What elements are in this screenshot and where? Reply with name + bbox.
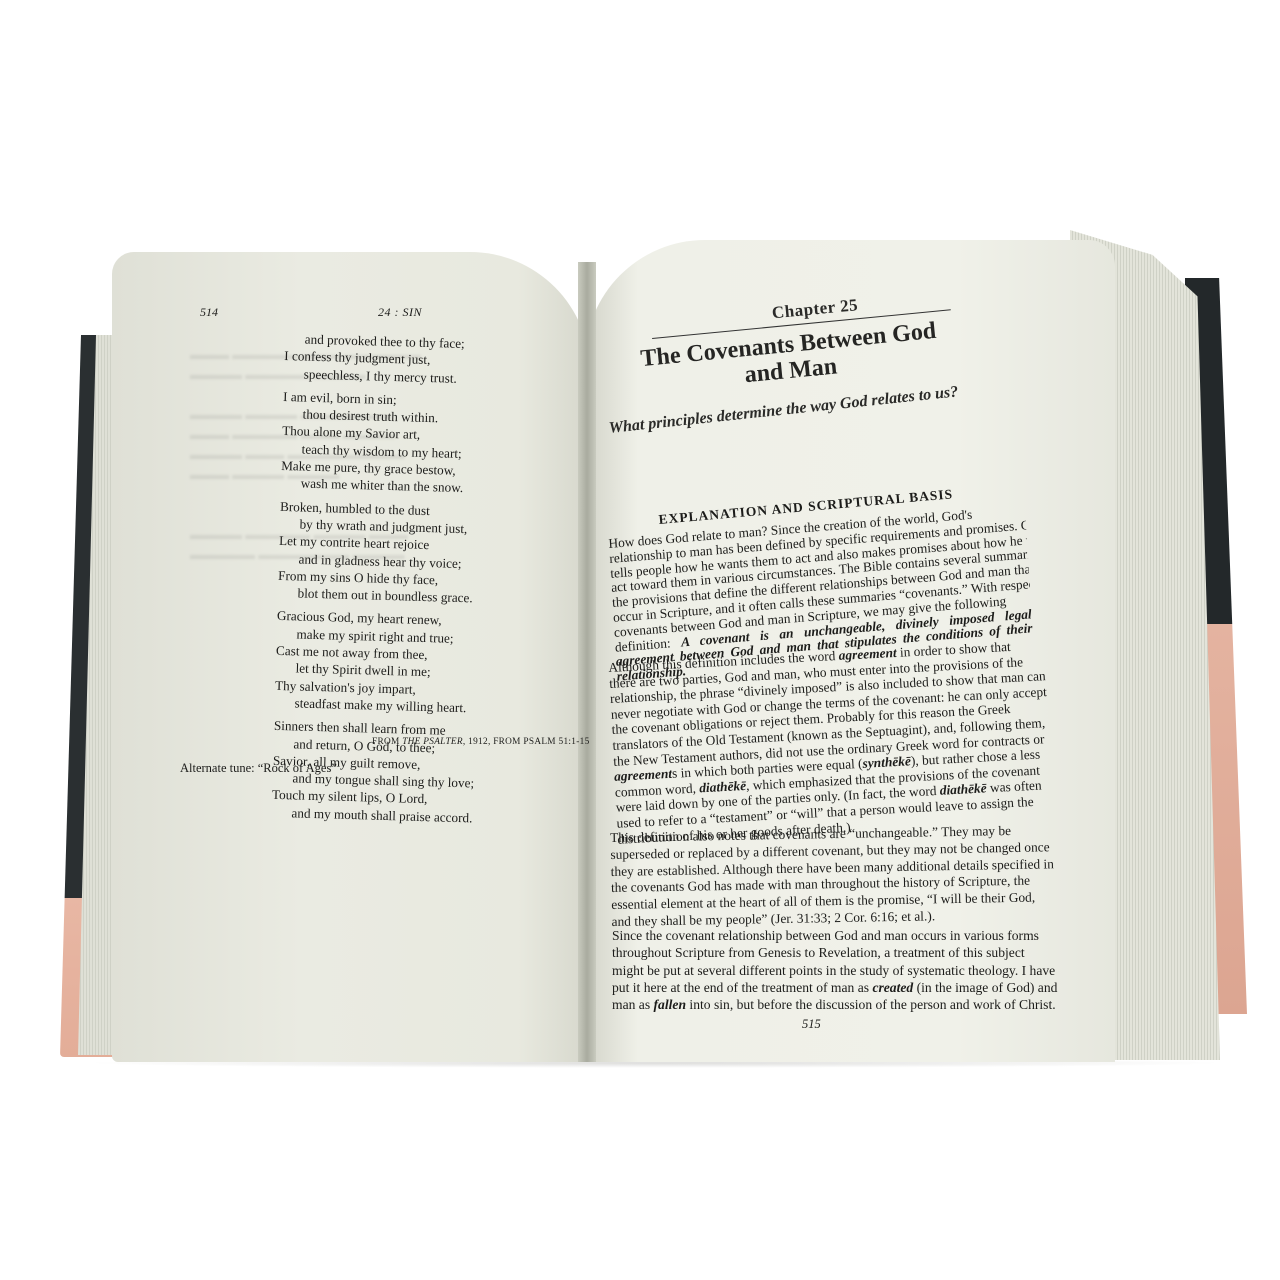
text-line: man as fallen into sin, but before the d…	[612, 996, 1062, 1013]
text-line: might be put at several different points…	[612, 962, 1062, 979]
hymn-credit: FROM THE PSALTER, 1912, FROM PSALM 51:1-…	[372, 737, 590, 747]
hymn-stanza: and provoked thee to thy face;I confess …	[284, 330, 585, 390]
text-line: Since the covenant relationship between …	[612, 927, 1062, 944]
paragraph-4: Since the covenant relationship between …	[612, 927, 1062, 1013]
left-page-number: 514	[200, 305, 218, 320]
hymn-text: and provoked thee to thy face;I confess …	[271, 330, 585, 835]
credit-title: THE PSALTER	[402, 737, 463, 747]
hymn-stanza: Broken, humbled to the dustby thy wrath …	[277, 498, 580, 610]
hymn-stanza: I am evil, born in sin;thou desirest tru…	[280, 388, 583, 500]
text-line: put it here at the end of the treatment …	[612, 979, 1062, 996]
credit-prefix: FROM	[372, 737, 402, 747]
paragraph-2: Although this definition includes the wo…	[608, 638, 1037, 847]
paragraph-3: This definition also notes that covenant…	[610, 823, 1032, 931]
alternate-tune-note: Alternate tune: “Rock of Ages”	[180, 761, 337, 776]
left-running-head: 24 : SIN	[378, 305, 422, 320]
hymn-stanza: Gracious God, my heart renew,make my spi…	[274, 607, 577, 719]
credit-suffix: , 1912, FROM PSALM 51:1-15	[463, 737, 590, 747]
right-page-number: 515	[802, 1017, 821, 1032]
text-line: throughout Scripture from Genesis to Rev…	[612, 944, 1062, 961]
